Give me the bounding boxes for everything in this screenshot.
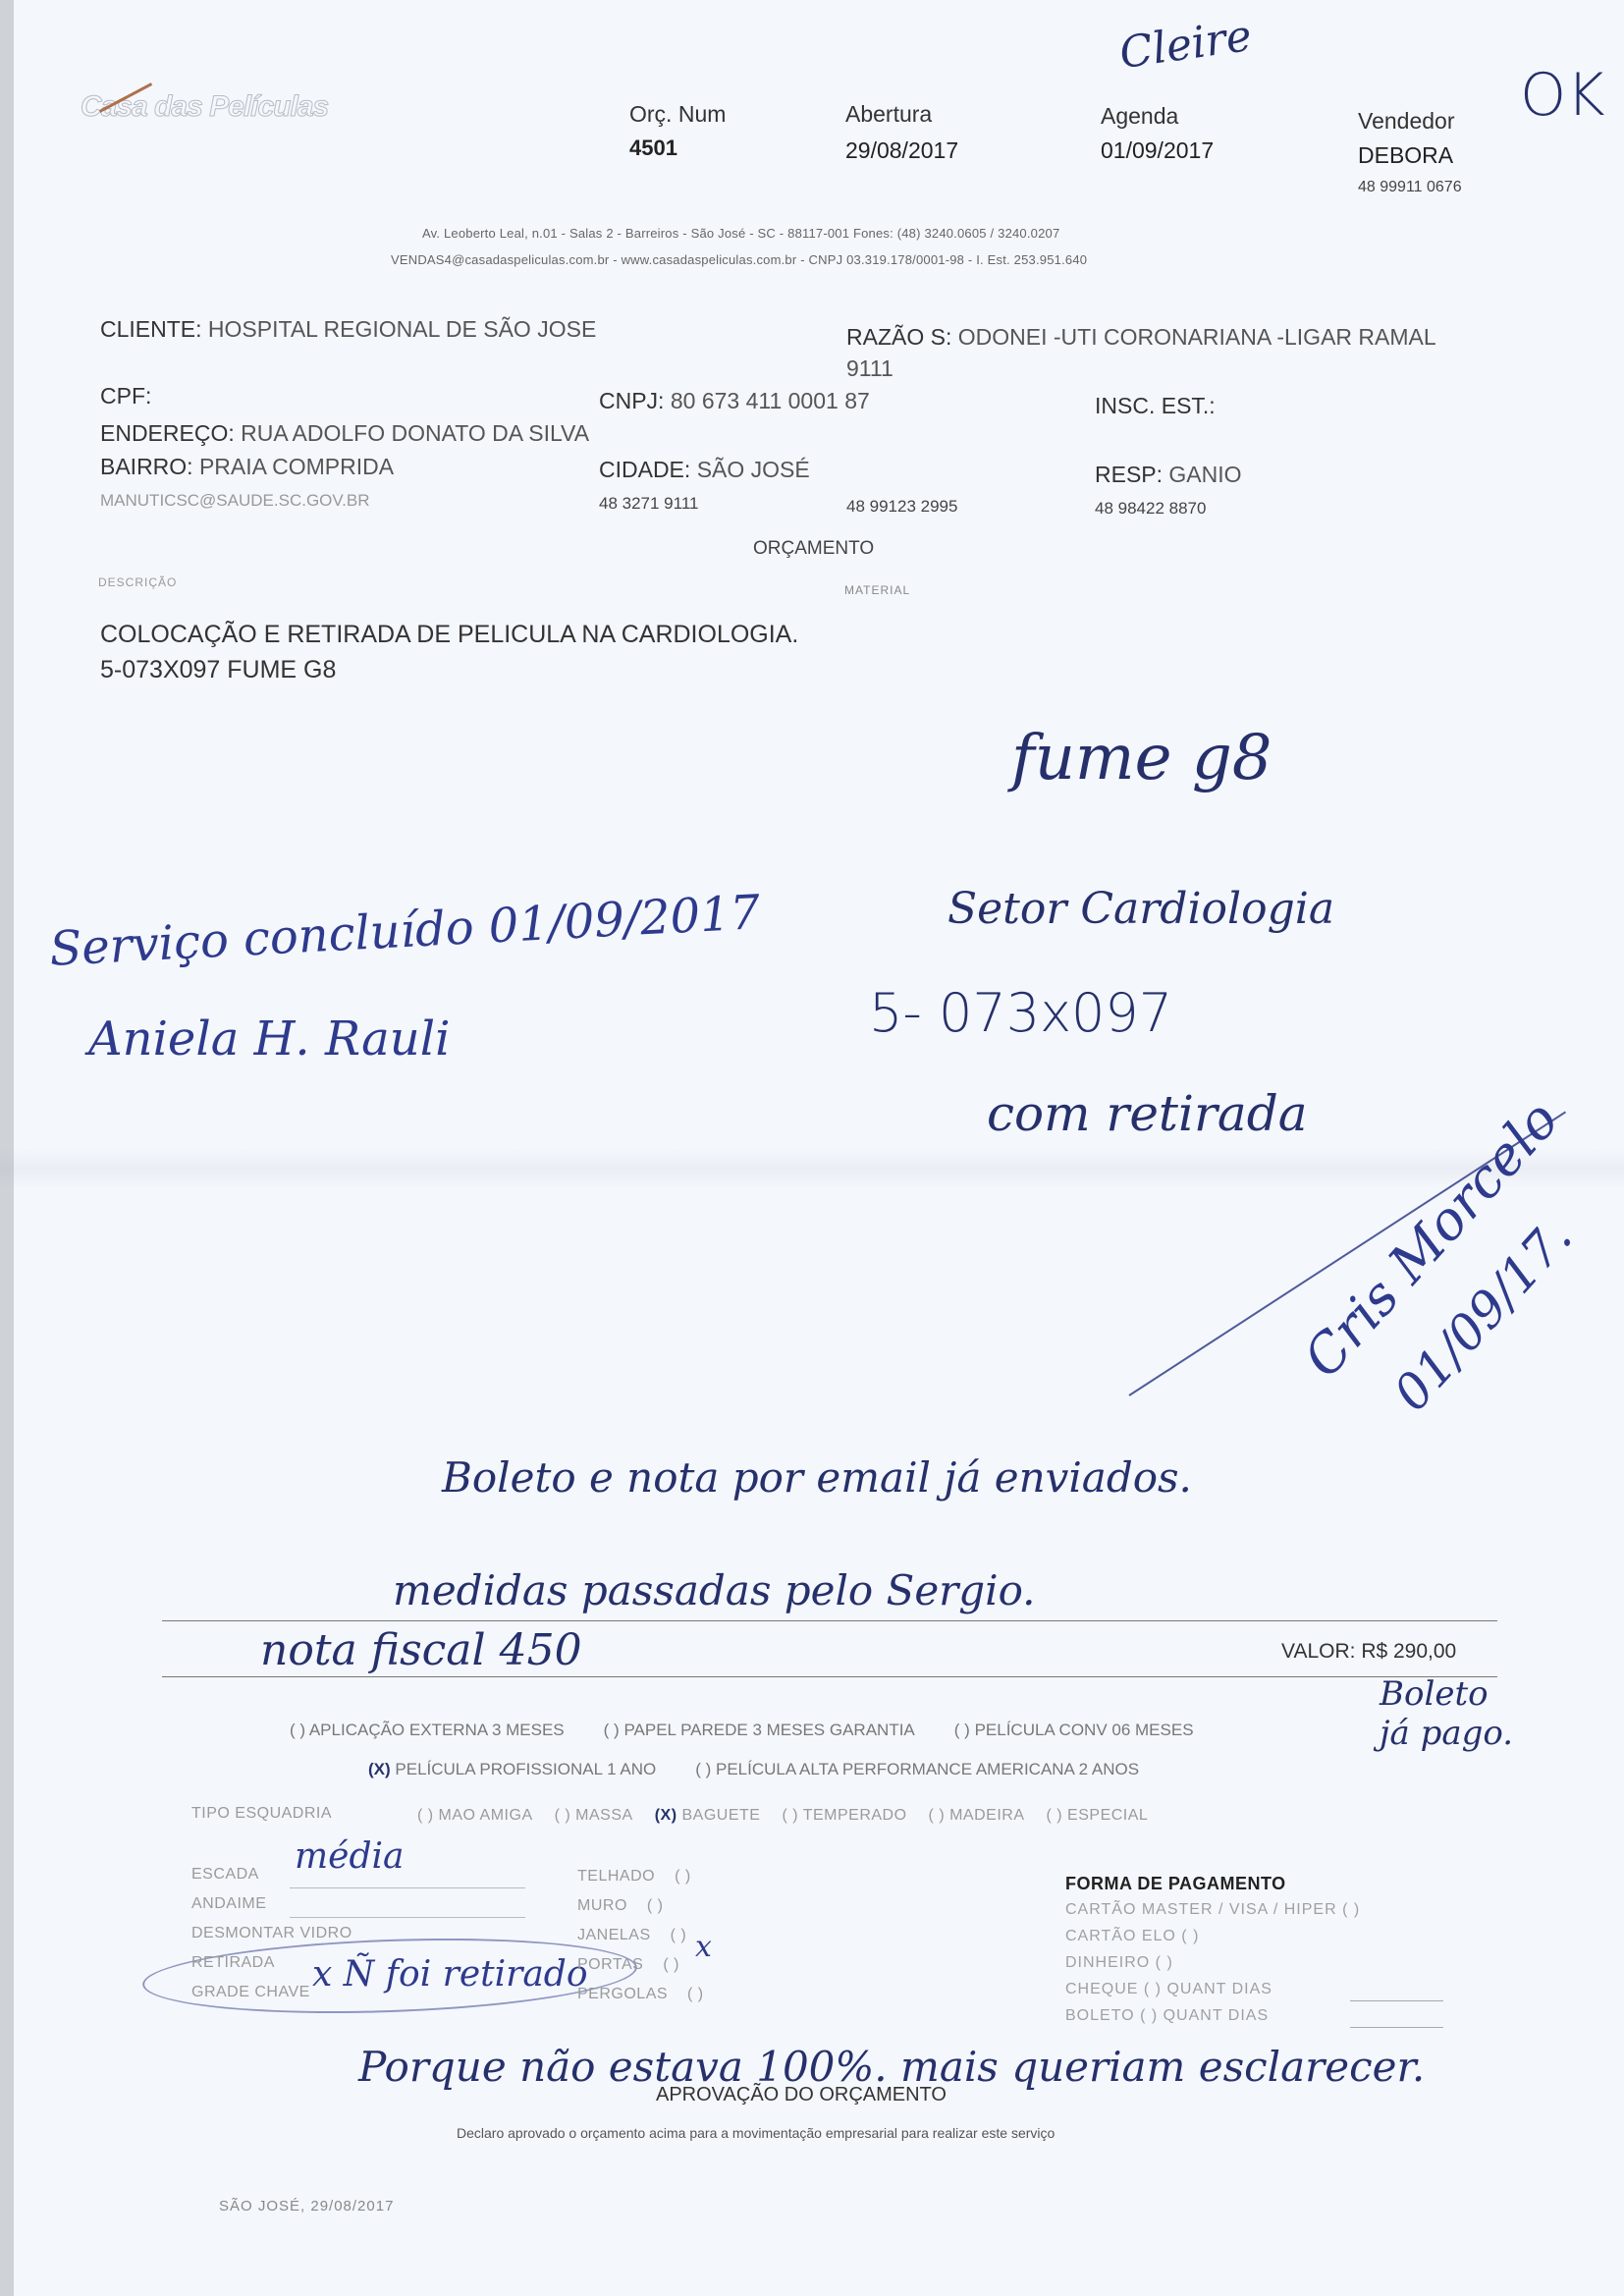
checkbox[interactable]: ( ) [675, 1868, 691, 1885]
company-logo: Casa das Películas [81, 90, 328, 124]
company-contact: VENDAS4@casadaspeliculas.com.br - www.ca… [391, 252, 1087, 267]
note-setor: Setor Cardiologia [947, 884, 1334, 934]
access-label: PERGOLAS [577, 1986, 668, 2002]
cpf-label: CPF: [100, 383, 151, 410]
endereco-value: RUA ADOLFO DONATO DA SILVA [241, 420, 589, 446]
valor-value: R$ 290,00 [1361, 1640, 1456, 1663]
checkbox[interactable]: ( ) [687, 1986, 704, 2002]
access-item: GRADE CHAVE [191, 1984, 310, 2001]
budget-description: COLOCAÇÃO E RETIRADA DE PELICULA NA CARD… [100, 617, 807, 687]
approval-title: APROVAÇÃO DO ORÇAMENTO [656, 2084, 947, 2106]
option-item[interactable]: ( ) MASSA [555, 1807, 633, 1824]
valor-label: VALOR: [1281, 1640, 1355, 1663]
signature-left: Aniela H. Rauli [88, 1011, 450, 1066]
option-item[interactable]: ( ) MADEIRA [929, 1807, 1025, 1824]
option-item[interactable]: (X) BAGUETE [655, 1807, 761, 1824]
access-item: ESCADA [191, 1866, 259, 1884]
payment-option[interactable]: DINHEIRO ( ) [1065, 1954, 1173, 1972]
option-label: APLICAÇÃO EXTERNA 3 MESES [309, 1721, 565, 1739]
agenda-label: Agenda [1101, 103, 1178, 130]
resp-label: RESP: [1095, 462, 1163, 487]
razao-label: RAZÃO S: [846, 324, 951, 350]
janelas-mark: x [695, 1930, 712, 1964]
access-label: PORTAS [577, 1956, 643, 1973]
option-item[interactable]: ( ) PAPEL PAREDE 3 MESES GARANTIA [604, 1721, 915, 1739]
agenda-value: 01/09/2017 [1101, 137, 1214, 164]
cidade-field: CIDADE: SÃO JOSÉ [599, 457, 810, 483]
endereco-field: ENDEREÇO: RUA ADOLFO DONATO DA SILVA [100, 420, 589, 447]
resp-value: GANIO [1168, 462, 1241, 487]
payment-option[interactable]: CHEQUE ( ) QUANT DIAS [1065, 1981, 1272, 1998]
checkbox-checked[interactable]: (X) [655, 1807, 682, 1824]
client-phone-1: 48 3271 9111 [599, 494, 698, 514]
place-date: SÃO JOSÉ, 29/08/2017 [219, 2198, 394, 2214]
option-label: BAGUETE [681, 1807, 760, 1824]
company-address: Av. Leoberto Leal, n.01 - Salas 2 - Barr… [422, 226, 1059, 241]
vendedor-label: Vendedor [1358, 108, 1454, 135]
orc-num-label: Orç. Num [629, 101, 726, 128]
warranty-options-row-1: ( ) APLICAÇÃO EXTERNA 3 MESES( ) PAPEL P… [290, 1721, 1233, 1740]
payment-option[interactable]: BOLETO ( ) QUANT DIAS [1065, 2007, 1269, 2025]
form-rule-1 [162, 1620, 1497, 1621]
esquadria-options: ( ) MAO AMIGA( ) MASSA(X) BAGUETE( ) TEM… [417, 1807, 1169, 1825]
checkbox[interactable]: ( ) [1047, 1807, 1068, 1824]
cliente-field: CLIENTE: HOSPITAL REGIONAL DE SÃO JOSE [100, 316, 596, 343]
quant-dias-line[interactable] [1350, 2000, 1443, 2001]
access-item[interactable]: PORTAS( ) [577, 1956, 679, 1974]
access-item: RETIRADA [191, 1954, 275, 1972]
checkbox[interactable]: ( ) [555, 1807, 576, 1824]
option-item[interactable]: ( ) PELÍCULA ALTA PERFORMANCE AMERICANA … [695, 1760, 1139, 1778]
abertura-label: Abertura [845, 101, 932, 128]
access-item[interactable]: PERGOLAS( ) [577, 1986, 704, 2003]
descricao-label: DESCRIÇÃO [98, 575, 177, 589]
option-item[interactable]: ( ) MAO AMIGA [417, 1807, 533, 1824]
checkbox[interactable]: ( ) [671, 1927, 687, 1943]
option-item[interactable]: ( ) PELÍCULA CONV 06 MESES [954, 1721, 1194, 1739]
option-label: MASSA [575, 1807, 633, 1824]
note-fume: fume g8 [1011, 722, 1272, 794]
note-boleto-email: Boleto e nota por email já enviados. [442, 1453, 1192, 1502]
bairro-label: BAIRRO: [100, 454, 193, 479]
signature-top: Cleire [1116, 11, 1255, 79]
cidade-label: CIDADE: [599, 457, 690, 482]
scan-edge [0, 0, 14, 2296]
razao-value-cont: 9111 [846, 355, 893, 382]
abertura-value: 29/08/2017 [845, 137, 958, 164]
paper-fold [0, 1149, 1624, 1188]
checkbox[interactable]: ( ) [695, 1760, 716, 1778]
cnpj-label: CNPJ: [599, 388, 664, 413]
note-boleto: Boleto [1380, 1674, 1489, 1714]
payment-title: FORMA DE PAGAMENTO [1065, 1874, 1286, 1894]
checkbox[interactable]: ( ) [954, 1721, 975, 1739]
access-item[interactable]: MURO( ) [577, 1897, 664, 1915]
bairro-value: PRAIA COMPRIDA [199, 454, 394, 479]
access-label: MURO [577, 1897, 627, 1914]
insc-est-label: INSC. EST.: [1095, 393, 1216, 419]
checkbox[interactable]: ( ) [929, 1807, 950, 1824]
orc-num-value: 4501 [629, 136, 677, 161]
access-item: DESMONTAR VIDRO [191, 1925, 352, 1942]
retirada-note: x Ñ foi retirado [312, 1954, 588, 1995]
orcamento-title: ORÇAMENTO [753, 538, 874, 560]
razao-field: RAZÃO S: ODONEI -UTI CORONARIANA -LIGAR … [846, 324, 1436, 351]
client-phone-2: 48 99123 2995 [846, 497, 957, 517]
razao-value: ODONEI -UTI CORONARIANA -LIGAR RAMAL [958, 324, 1436, 350]
client-email: MANUTICSC@SAUDE.SC.GOV.BR [100, 491, 370, 511]
material-label: MATERIAL [844, 583, 910, 597]
cliente-label: CLIENTE: [100, 316, 202, 342]
escada-value: média [295, 1836, 404, 1877]
vendedor-value: DEBORA [1358, 142, 1453, 169]
payment-option[interactable]: CARTÃO MASTER / VISA / HIPER ( ) [1065, 1901, 1360, 1919]
cliente-value: HOSPITAL REGIONAL DE SÃO JOSE [208, 316, 596, 342]
payment-option[interactable]: CARTÃO ELO ( ) [1065, 1928, 1199, 1945]
cnpj-field: CNPJ: 80 673 411 0001 87 [599, 388, 870, 414]
checkbox[interactable]: ( ) [604, 1721, 624, 1739]
option-label: PELÍCULA PROFISSIONAL 1 ANO [395, 1760, 656, 1778]
access-label: TELHADO [577, 1868, 655, 1885]
option-item[interactable]: ( ) ESPECIAL [1047, 1807, 1149, 1824]
ok-mark: OK [1520, 61, 1605, 130]
note-medida: 5- 073x097 [869, 982, 1172, 1044]
note-nota-fiscal: nota fiscal 450 [260, 1625, 582, 1675]
note-ja-pago: já pago. [1380, 1714, 1513, 1753]
option-item[interactable]: (X) PELÍCULA PROFISSIONAL 1 ANO [368, 1760, 656, 1778]
access-label: JANELAS [577, 1927, 651, 1943]
option-label: PELÍCULA ALTA PERFORMANCE AMERICANA 2 AN… [716, 1760, 1139, 1778]
option-item[interactable]: ( ) TEMPERADO [782, 1807, 906, 1824]
checkbox[interactable]: ( ) [663, 1956, 679, 1973]
access-input-line[interactable] [290, 1917, 525, 1918]
option-label: TEMPERADO [803, 1807, 907, 1824]
access-input-line[interactable] [290, 1887, 525, 1888]
bairro-field: BAIRRO: PRAIA COMPRIDA [100, 454, 394, 480]
access-item[interactable]: JANELAS( ) [577, 1927, 686, 1944]
checkbox[interactable]: ( ) [647, 1897, 664, 1914]
option-label: MADEIRA [949, 1807, 1024, 1824]
option-label: PELÍCULA CONV 06 MESES [975, 1721, 1194, 1739]
esquadria-label: TIPO ESQUADRIA [191, 1805, 332, 1823]
note-retirada: com retirada [987, 1085, 1308, 1142]
checkbox[interactable]: ( ) [290, 1721, 309, 1739]
form-rule-2 [162, 1676, 1497, 1677]
note-servico-concluido: Serviço concluído 01/09/2017 [48, 885, 761, 977]
client-phone-3: 48 98422 8870 [1095, 499, 1206, 519]
option-item[interactable]: ( ) APLICAÇÃO EXTERNA 3 MESES [290, 1721, 565, 1739]
approval-declaration: Declaro aprovado o orçamento acima para … [457, 2125, 1055, 2141]
checkbox[interactable]: ( ) [417, 1807, 439, 1824]
valor-field: VALOR: R$ 290,00 [1281, 1640, 1456, 1664]
resp-field: RESP: GANIO [1095, 462, 1242, 488]
vendedor-phone: 48 99911 0676 [1358, 179, 1462, 196]
endereco-label: ENDEREÇO: [100, 420, 235, 446]
cidade-value: SÃO JOSÉ [697, 457, 810, 482]
access-item: ANDAIME [191, 1895, 266, 1913]
cnpj-value: 80 673 411 0001 87 [671, 388, 870, 413]
access-item[interactable]: TELHADO( ) [577, 1868, 691, 1886]
option-label: PAPEL PAREDE 3 MESES GARANTIA [623, 1721, 914, 1739]
checkbox-checked[interactable]: (X) [368, 1760, 395, 1778]
option-label: MAO AMIGA [439, 1807, 533, 1824]
quant-dias-line[interactable] [1350, 2027, 1443, 2028]
note-medidas: medidas passadas pelo Sergio. [393, 1566, 1035, 1614]
option-label: ESPECIAL [1067, 1807, 1148, 1824]
warranty-options-row-2: (X) PELÍCULA PROFISSIONAL 1 ANO( ) PELÍC… [368, 1760, 1178, 1779]
checkbox[interactable]: ( ) [782, 1807, 802, 1824]
